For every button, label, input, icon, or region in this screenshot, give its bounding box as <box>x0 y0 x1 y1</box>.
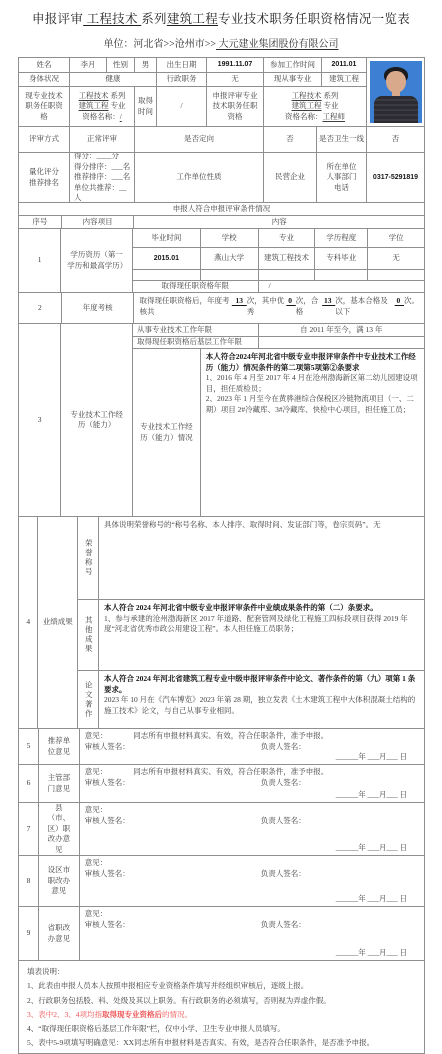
row-item: 学历资历（第一学历和最高学历） <box>60 229 132 292</box>
profession-label: 现从事专业 <box>263 73 321 86</box>
work-years-label: 从事专业技术工作年限 <box>133 324 258 336</box>
edu-grad-time: 2015.01 <box>133 248 200 269</box>
condition-row-education: 1 学历资历（第一学历和最高学历） 毕业时间 学校 专业 学历程度 学位 201… <box>19 228 424 292</box>
other-achievements-text: 本人符合 2024 年河北省中级专业申报评审条件中业绩成果条件的第（二）条要求。… <box>98 600 424 670</box>
admin-duty-value: 无 <box>206 73 263 86</box>
qualification-form: 姓名 李月 性别 男 出生日期 1991.11.07 参加工作时间 2011.0… <box>18 57 425 1054</box>
note-line-5: 5、表中5-9项填写明确意见：XX同志所有申报材料是否真实、有效，是否符合任职条… <box>27 1036 416 1050</box>
review-mode-value: 正常评审 <box>69 127 134 152</box>
photo-face <box>386 71 406 93</box>
basic-row-2: 身体状况 健康 行政职务 无 现从事专业 建筑工程 <box>19 72 366 86</box>
apply-qual-label: 申报评审专业技术职务任职资格 <box>206 87 263 126</box>
photo-cell <box>367 58 424 126</box>
note-line-1: 1、此表由申报人员本人按照申报相应专业资格条件填写并经组织审核后，逐级上报。 <box>27 979 416 993</box>
empty-cell <box>258 270 315 280</box>
papers-body: 2023 年 10 月在《汽车博览》2023 年第 28 期，独立发表《土木建筑… <box>104 695 419 716</box>
notes-section: 填表说明： 1、此表由申报人员本人按照申报相应专业资格条件填写并经组织审核后，逐… <box>19 960 424 1053</box>
basic-row-3: 现专业技术职务任职资格 工程技术 系列 建筑工程 专业 资格名称：/ 取得时间 … <box>19 86 366 126</box>
photo-column: 否 0317-5291819 <box>366 58 424 202</box>
photo-shirt <box>374 96 418 123</box>
empty-cell <box>200 270 258 280</box>
obtain-time-value: / <box>156 87 206 126</box>
birth-value: 1991.11.07 <box>206 58 263 72</box>
opinion-row-competent-department: 6 主管部门意见 意见：同志所有申报材料真实、有效，符合任职条件，准予申报。 审… <box>19 764 424 802</box>
row-no: 4 <box>19 517 37 728</box>
gender-value: 男 <box>134 58 156 72</box>
grassroots-years-row: 取得现任职资格后基层工作年限 <box>133 336 424 348</box>
condition-row-experience: 3 专业技术工作经历（能力） 从事专业技术工作年限 自 2011 年至今，满 1… <box>19 323 424 516</box>
opinion-row-recommending-unit: 5 推荐单位意见 意见：同志所有申报材料真实、有效，符合任职条件，准予申报。 审… <box>19 728 424 764</box>
experience-item-2: 2、2023 年 1 月至今在黄骅港综合保税区冷链物流项目（一、二期）项目 2#… <box>206 394 419 415</box>
experience-requirement-title: 本人符合2024年河北省中级专业申报评审条件中专业技术工作经历（能力）情况条件的… <box>206 352 419 373</box>
opinion-content: 意见：同志所有申报材料真实、有效，符合任职条件，准予申报。 审核人签名：负责人签… <box>79 765 424 802</box>
score-rank-value: 得分：____分 得分排序：___名 推荐排序：___名 单位共推荐：__人 <box>69 153 134 202</box>
gender-label: 性别 <box>106 58 134 72</box>
opinion-content: 意见： 审核人签名：负责人签名： ______年 ___月___ 日 <box>79 803 424 855</box>
col-item: 内容项目 <box>61 216 134 228</box>
work-start-label: 参加工作时间 <box>263 58 321 72</box>
unit-line: 单位：河北省>>沧州市>> 大元建业集团股份有限公司 <box>0 35 442 50</box>
health-value: 健康 <box>69 73 156 86</box>
note-line-4: 4、“取得现任职资格后基层工作年限”栏，仅中小学、卫生专业申报人员填写。 <box>27 1022 416 1036</box>
form-page: 申报评审 工程技术 系列建筑工程专业技术职务任职资格情况一览表 单位：河北省>>… <box>0 9 442 1054</box>
date-blank: ______年 ___月___ 日 <box>85 843 419 854</box>
notes-content: 填表说明： 1、此表由申报人员本人按照申报相应专业资格条件填写并经组织审核后，逐… <box>19 961 424 1053</box>
employer-type-label: 工作单位性质 <box>134 153 263 202</box>
other-achievements-title: 本人符合 2024 年河北省中级专业申报评审条件中业绩成果条件的第（二）条要求。 <box>104 603 419 614</box>
qual-years-value: / <box>258 281 424 292</box>
row-item: 年度考核 <box>61 293 134 323</box>
row-no: 1 <box>19 229 60 292</box>
basic-row-1: 姓名 李月 性别 男 出生日期 1991.11.07 参加工作时间 2011.0… <box>19 58 366 72</box>
row-no: 5 <box>19 729 38 764</box>
date-blank: ______年 ___月___ 日 <box>85 790 419 801</box>
row-item: 专业技术工作经历（能力） <box>60 324 132 516</box>
birth-label: 出生日期 <box>156 58 206 72</box>
row-label: 省职改办意见 <box>38 907 79 960</box>
work-years-value: 自 2011 年至今，满 13 年 <box>258 324 424 336</box>
other-achievements-label: 其他成果 <box>78 600 98 670</box>
honor-row: 荣誉称号 具体说明荣誉称号的“称号名称、本人排序、取得时间、发证部门等，卷宗页码… <box>78 517 424 599</box>
row-no: 7 <box>19 803 38 855</box>
obtain-time-label: 取得时间 <box>134 87 156 126</box>
row-no: 3 <box>19 324 60 516</box>
conditions-columns-header: 序号 内容项目 内容 <box>19 215 424 228</box>
row-label: 县（市、区）职改办意见 <box>38 803 79 855</box>
form-title: 申报评审 工程技术 系列建筑工程专业技术职务任职资格情况一览表 <box>0 9 442 27</box>
opinion-row-provincial-office: 9 省职改办意见 意见： 审核人签名：负责人签名： ______年 ___月__… <box>19 906 424 960</box>
work-years-row: 从事专业技术工作年限 自 2011 年至今，满 13 年 <box>133 324 424 336</box>
profession-value: 建筑工程 <box>321 73 366 86</box>
row-label: 主管部门意见 <box>38 765 79 802</box>
papers-row: 论文著作 本人符合 2024 年河北省建筑工程专业中级申报评审条件中论文、著作条… <box>78 670 424 728</box>
employer-type-value: 民营企业 <box>263 153 316 202</box>
frontline-value: 否 <box>367 126 424 152</box>
other-achievements-body: 1、参与承建的沧州渤海新区 2017 年道路、配套管网及绿化工程施工四标段项目获… <box>104 614 419 635</box>
experience-detail-label: 专业技术工作经历（能力）情况 <box>133 349 200 516</box>
grassroots-years-value <box>258 337 424 348</box>
name-label: 姓名 <box>19 58 69 72</box>
applicant-photo <box>370 61 422 123</box>
row-no: 8 <box>19 856 38 906</box>
papers-text: 本人符合 2024 年河北省建筑工程专业中级申报评审条件中论文、著作条件的第（九… <box>98 671 424 728</box>
honor-label: 荣誉称号 <box>78 517 98 599</box>
name-value: 李月 <box>69 58 106 72</box>
score-rank-label: 量化评分推荐排名 <box>19 153 69 202</box>
education-header-row: 毕业时间 学校 专业 学历程度 学位 <box>133 229 424 247</box>
edu-col-grad-time: 毕业时间 <box>133 229 200 247</box>
date-blank: ______年 ___月___ 日 <box>85 894 419 905</box>
condition-row-achievements: 4 业绩成果 荣誉称号 具体说明荣誉称号的“称号名称、本人排序、取得时间、发证部… <box>19 516 424 728</box>
admin-duty-label: 行政职务 <box>156 73 206 86</box>
opinion-row-city-office: 8 设区市职改办意见 意见： 审核人签名：负责人签名： ______年 ___月… <box>19 855 424 906</box>
qual-years-row: 取得现任职资格年限 / <box>133 280 424 292</box>
frontline-label: 是否卫生一线 <box>316 127 366 152</box>
experience-subtable: 从事专业技术工作年限 自 2011 年至今，满 13 年 取得现任职资格后基层工… <box>132 324 424 516</box>
date-blank: ______年 ___月___ 日 <box>85 752 419 763</box>
basic-row-4: 评审方式 正常评审 是否定向 否 是否卫生一线 <box>19 126 366 152</box>
hr-phone-label: 所在单位人事部门电话 <box>316 153 366 202</box>
education-empty-row <box>133 269 424 280</box>
col-no: 序号 <box>19 216 61 228</box>
hr-phone-value: 0317-5291819 <box>367 152 424 202</box>
current-qual-value: 工程技术 系列 建筑工程 专业 资格名称：/ <box>69 87 134 126</box>
papers-label: 论文著作 <box>78 671 98 728</box>
experience-detail-row: 专业技术工作经历（能力）情况 本人符合2024年河北省中级专业申报评审条件中专业… <box>133 348 424 516</box>
other-achievements-row: 其他成果 本人符合 2024 年河北省中级专业申报评审条件中业绩成果条件的第（二… <box>78 599 424 670</box>
edu-col-major: 专业 <box>258 229 315 247</box>
opinion-row-county-office: 7 县（市、区）职改办意见 意见： 审核人签名：负责人签名： ______年 _… <box>19 802 424 855</box>
experience-item-1: 1、2016 年 4 月至 2017 年 4 月在沧州渤海新区第二幼儿园建设项目… <box>206 373 419 394</box>
notes-title: 填表说明： <box>27 965 416 979</box>
edu-col-school: 学校 <box>200 229 258 247</box>
empty-cell <box>367 270 424 280</box>
conditions-section-header: 申报人符合申报评审条件情况 <box>19 202 424 215</box>
edu-level: 专科毕业 <box>314 248 367 269</box>
directional-value: 否 <box>263 127 316 152</box>
qual-years-label: 取得现任职资格年限 <box>133 281 258 292</box>
health-label: 身体状况 <box>19 73 69 86</box>
current-qual-label: 现专业技术职务任职资格 <box>19 87 69 126</box>
col-content: 内容 <box>133 216 424 228</box>
grassroots-years-label: 取得现任职资格后基层工作年限 <box>133 337 258 348</box>
education-value-row: 2015.01 燕山大学 建筑工程技术 专科毕业 无 <box>133 247 424 269</box>
assessment-text: 取得现任职资格后，年度考核共 13 次，其中优秀 0 次，合格 13 次，基本合… <box>133 293 424 323</box>
row-no: 9 <box>19 907 38 960</box>
note-line-2: 2、行政职务包括股、科、处级及其以上职务。有行政职务的必须填写，否则视为弄虚作假… <box>27 994 416 1008</box>
work-start-value: 2011.01 <box>321 58 366 72</box>
edu-school: 燕山大学 <box>200 248 258 269</box>
papers-title: 本人符合 2024 年河北省建筑工程专业中级申报评审条件中论文、著作条件的第（九… <box>104 674 419 695</box>
row-label: 推荐单位意见 <box>38 729 79 764</box>
experience-detail-text: 本人符合2024年河北省中级专业申报评审条件中专业技术工作经历（能力）情况条件的… <box>200 349 424 516</box>
edu-major: 建筑工程技术 <box>258 248 315 269</box>
empty-cell <box>133 270 200 280</box>
edu-col-level: 学历程度 <box>314 229 367 247</box>
apply-qual-value: 工程技术 系列 建筑工程 专业 资格名称：工程师 <box>263 87 366 126</box>
row-item: 业绩成果 <box>37 517 77 728</box>
note-line-3: 3、表中2、3、4项均指取得现专业资格后的情况。 <box>27 1008 416 1022</box>
row-no: 6 <box>19 765 38 802</box>
date-blank: ______年 ___月___ 日 <box>85 948 419 959</box>
education-subtable: 毕业时间 学校 专业 学历程度 学位 2015.01 燕山大学 建筑工程技术 专… <box>132 229 424 292</box>
condition-row-assessment: 2 年度考核 取得现任职资格后，年度考核共 13 次，其中优秀 0 次，合格 1… <box>19 292 424 323</box>
achievements-subtable: 荣誉称号 具体说明荣誉称号的“称号名称、本人排序、取得时间、发证部门等，卷宗页码… <box>77 517 424 728</box>
empty-cell <box>314 270 367 280</box>
review-mode-label: 评审方式 <box>19 127 69 152</box>
row-label: 设区市职改办意见 <box>38 856 79 906</box>
opinion-content: 意见： 审核人签名：负责人签名： ______年 ___月___ 日 <box>79 856 424 906</box>
conditions-section-title: 申报人符合申报评审条件情况 <box>19 203 424 215</box>
edu-col-degree: 学位 <box>367 229 424 247</box>
basic-row-5: 量化评分推荐排名 得分：____分 得分排序：___名 推荐排序：___名 单位… <box>19 152 366 202</box>
honor-text: 具体说明荣誉称号的“称号名称、本人排序、取得时间、发证部门等，卷宗页码”。无 <box>98 517 424 599</box>
opinion-content: 意见：同志所有申报材料真实、有效，符合任职条件，准予申报。 审核人签名：负责人签… <box>79 729 424 764</box>
basic-info-section: 姓名 李月 性别 男 出生日期 1991.11.07 参加工作时间 2011.0… <box>19 58 424 202</box>
opinion-content: 意见： 审核人签名：负责人签名： ______年 ___月___ 日 <box>79 907 424 960</box>
row-no: 2 <box>19 293 61 323</box>
directional-label: 是否定向 <box>134 127 263 152</box>
edu-degree: 无 <box>367 248 424 269</box>
